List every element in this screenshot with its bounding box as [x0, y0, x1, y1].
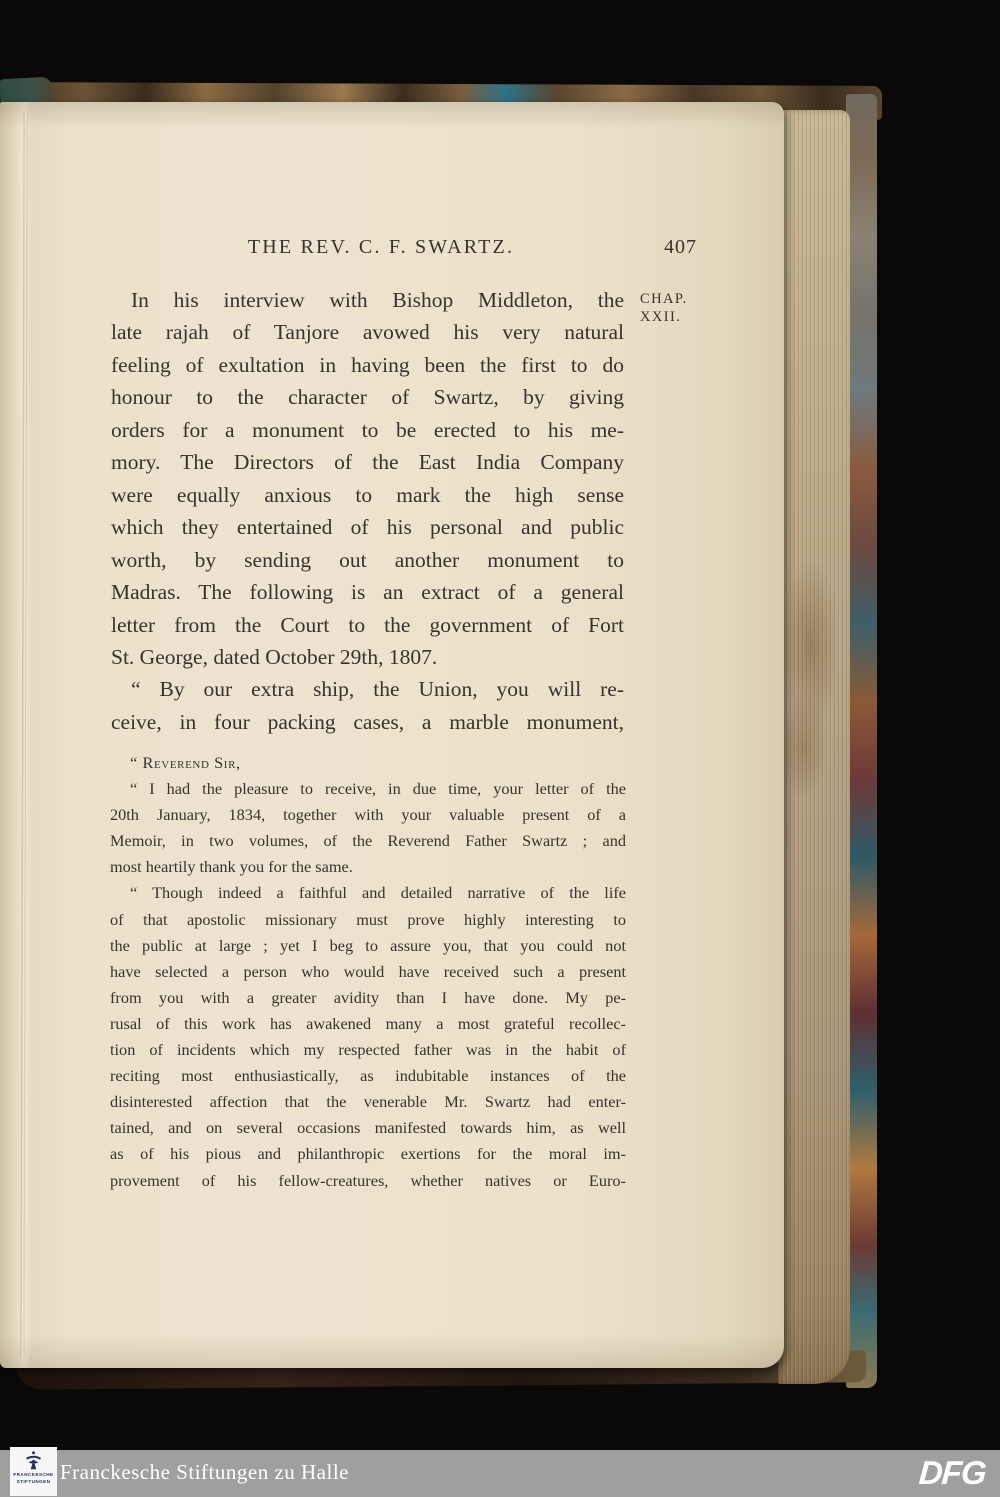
margin-chapter-note-line1: CHAP. [640, 290, 688, 308]
body-line: late rajah of Tanjore avowed his very na… [111, 316, 624, 348]
scanned-book-page: { "colors": { "background": "#0a0908", "… [0, 0, 1000, 1497]
footnote-line: most heartily thank you for the same. [110, 854, 626, 880]
footnote-line: as of his pious and philanthropic exerti… [110, 1141, 626, 1167]
body-line: ceive, in four packing cases, a marble m… [111, 706, 624, 738]
footnote-line: rusal of this work has awakened many a m… [110, 1011, 626, 1037]
margin-chapter-note: CHAP. XXII. [640, 290, 688, 326]
eagle-under-canopy-icon [23, 1450, 44, 1471]
body-line: were equally anxious to mark the high se… [111, 479, 624, 511]
body-line: St. George, dated October 29th, 1807. [111, 641, 624, 673]
franckesche-stiftungen-logo: FRANCKESCHE STIFTUNGEN [10, 1447, 57, 1496]
footnote-line: Memoir, in two volumes, of the Reverend … [110, 828, 626, 854]
branding-bar: FRANCKESCHE STIFTUNGEN Franckesche Stift… [0, 1450, 1000, 1497]
footnote-line: disinterested affection that the venerab… [110, 1089, 626, 1115]
footnote-line: reciting most enthusiastically, as indub… [110, 1063, 626, 1089]
page-stack-fore-edge [778, 110, 850, 1384]
body-line: worth, by sending out another monument t… [111, 544, 624, 576]
body-line: letter from the Court to the government … [111, 609, 624, 641]
footnote-text: “ Reverend Sir, “ I had the pleasure to … [110, 750, 626, 1194]
footnote-line: have selected a person who would have re… [110, 959, 626, 985]
logo-text-line2: STIFTUNGEN [17, 1479, 51, 1485]
footnote-line: “ I had the pleasure to receive, in due … [110, 776, 626, 802]
footnote-line: provement of his fellow-creatures, wheth… [110, 1168, 626, 1194]
logo-text-line1: FRANCKESCHE [13, 1472, 53, 1478]
body-line: orders for a monument to be erected to h… [111, 414, 624, 446]
body-line: “ By our extra ship, the Union, you will… [111, 673, 624, 705]
footnote-line: tion of incidents which my respected fat… [110, 1037, 626, 1063]
body-line: mory. The Directors of the East India Co… [111, 446, 624, 478]
footnote-line: of that apostolic missionary must prove … [110, 907, 626, 933]
footnote-line: “ Reverend Sir, [110, 750, 626, 776]
footnote-line: from you with a greater avidity than I h… [110, 985, 626, 1011]
footnote-line: 20th January, 1834, together with your v… [110, 802, 626, 828]
marbled-cover-edge [846, 94, 877, 1388]
body-text: In his interview with Bishop Middleton, … [111, 284, 624, 738]
page-number: 407 [664, 236, 697, 259]
body-line: Madras. The following is an extract of a… [111, 576, 624, 608]
running-header: THE REV. C. F. SWARTZ. [125, 236, 637, 259]
institution-label: Franckesche Stiftungen zu Halle [60, 1460, 349, 1485]
footnote-line: the public at large ; yet I beg to assur… [110, 933, 626, 959]
footnote-line: “ Though indeed a faithful and detailed … [110, 880, 626, 906]
body-line: which they entertained of his personal a… [111, 511, 624, 543]
footnote-line: tained, and on several occasions manifes… [110, 1115, 626, 1141]
body-line: honour to the character of Swartz, by gi… [111, 381, 624, 413]
body-line: In his interview with Bishop Middleton, … [111, 284, 624, 316]
margin-chapter-note-line2: XXII. [640, 308, 688, 326]
body-line: feeling of exultation in having been the… [111, 349, 624, 381]
dfg-logo: DFG [918, 1454, 987, 1492]
